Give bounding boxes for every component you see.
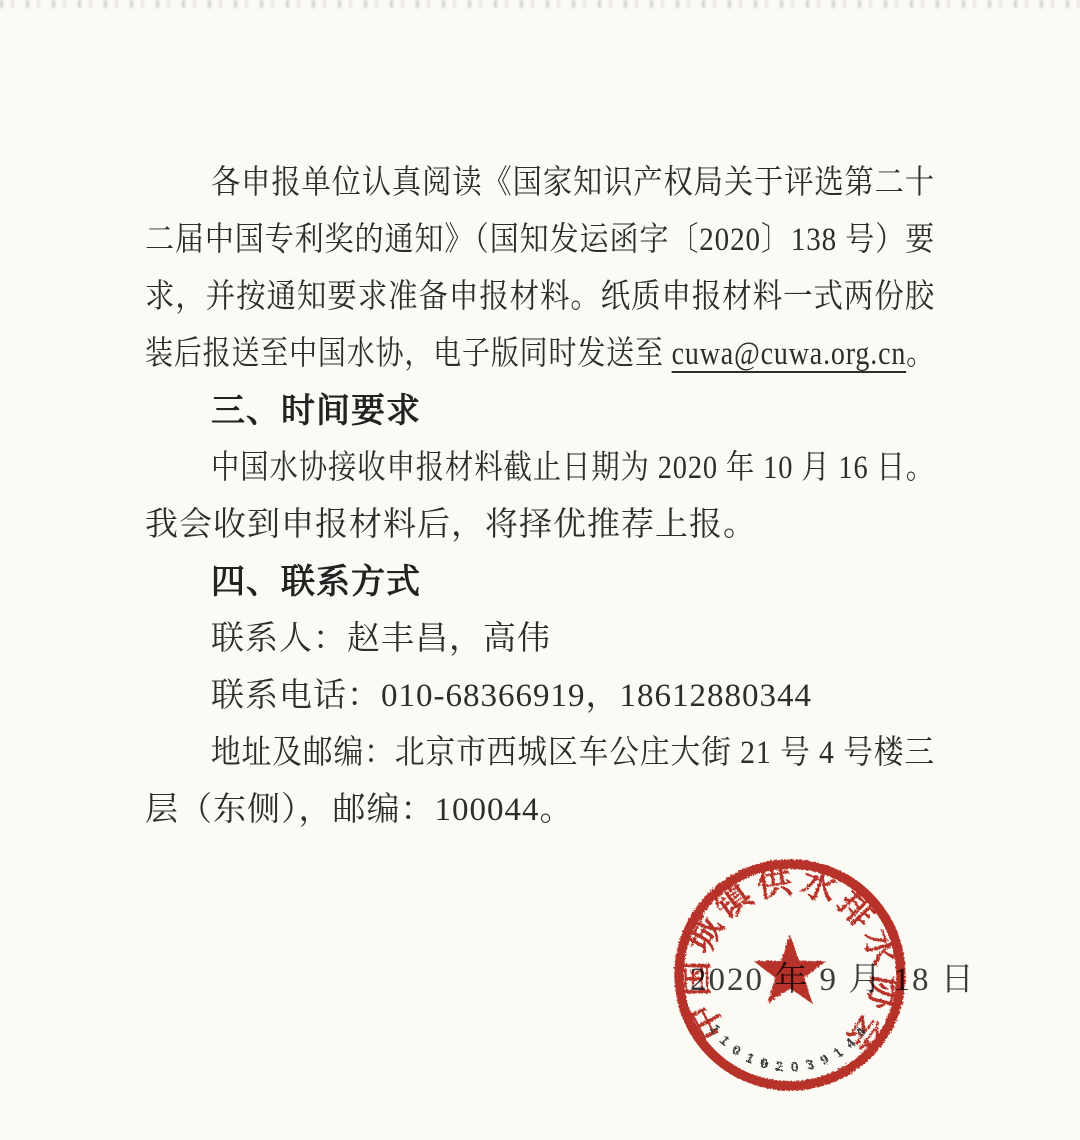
section-3-line-2-text: 我会收到申报材料后，将择优推荐上报。 (145, 497, 757, 554)
contact-phone-line: 联系电话：010-68366919，18612880344 (145, 668, 935, 725)
section-4-heading: 四、联系方式 (145, 554, 935, 611)
body-line-1-text: 各申报单位认真阅读《国家知识产权局关于评选第二十 (211, 155, 935, 212)
address-line-2-text: 层（东侧），邮编：100044。 (145, 782, 574, 839)
body-line-3-text: 求，并按通知要求准备申报材料。纸质申报材料一式两份胶 (145, 269, 935, 326)
section-3-heading-text: 三、时间要求 (211, 383, 421, 440)
document-body: 各申报单位认真阅读《国家知识产权局关于评选第二十 二届中国专利奖的通知》（国知发… (145, 155, 935, 839)
section-4-heading-text: 四、联系方式 (211, 554, 421, 611)
section-3-line-1: 中国水协接收申报材料截止日期为 2020 年 10 月 16 日。 (145, 440, 935, 497)
scanned-document-page: { "page": { "background": "#fcfaf5", "te… (0, 0, 1080, 1140)
contact-phone-text: 联系电话：010-68366919，18612880344 (211, 668, 812, 725)
star-icon (754, 935, 827, 1004)
email-line-before: 装后报送至中国水协，电子版同时发送至 (145, 336, 672, 372)
section-3-heading: 三、时间要求 (145, 383, 935, 440)
email-address: cuwa@cuwa.org.cn (672, 336, 907, 372)
address-line-1-text: 地址及邮编：北京市西城区车公庄大街 21 号 4 号楼三 (211, 725, 935, 782)
body-line-4-text: 装后报送至中国水协，电子版同时发送至 cuwa@cuwa.org.cn。 (145, 326, 935, 383)
official-seal: 中国城镇供水排水协会 1101020391446 (666, 852, 914, 1100)
body-line-2-text: 二届中国专利奖的通知》（国知发运函字〔2020〕138 号）要 (145, 212, 935, 269)
body-line-1: 各申报单位认真阅读《国家知识产权局关于评选第二十 (145, 155, 935, 212)
scan-edge-artifact (0, 0, 1080, 8)
section-3-line-1-text: 中国水协接收申报材料截止日期为 2020 年 10 月 16 日。 (211, 440, 935, 497)
section-3-line-2: 我会收到申报材料后，将择优推荐上报。 (145, 497, 935, 554)
address-line-1: 地址及邮编：北京市西城区车公庄大街 21 号 4 号楼三 (145, 725, 935, 782)
body-line-2: 二届中国专利奖的通知》（国知发运函字〔2020〕138 号）要 (145, 212, 935, 269)
email-line-after: 。 (906, 336, 935, 372)
body-line-4: 装后报送至中国水协，电子版同时发送至 cuwa@cuwa.org.cn。 (145, 326, 935, 383)
address-line-2: 层（东侧），邮编：100044。 (145, 782, 935, 839)
contact-person-text: 联系人：赵丰昌，高伟 (211, 611, 551, 668)
contact-person-line: 联系人：赵丰昌，高伟 (145, 611, 935, 668)
body-line-3: 求，并按通知要求准备申报材料。纸质申报材料一式两份胶 (145, 269, 935, 326)
